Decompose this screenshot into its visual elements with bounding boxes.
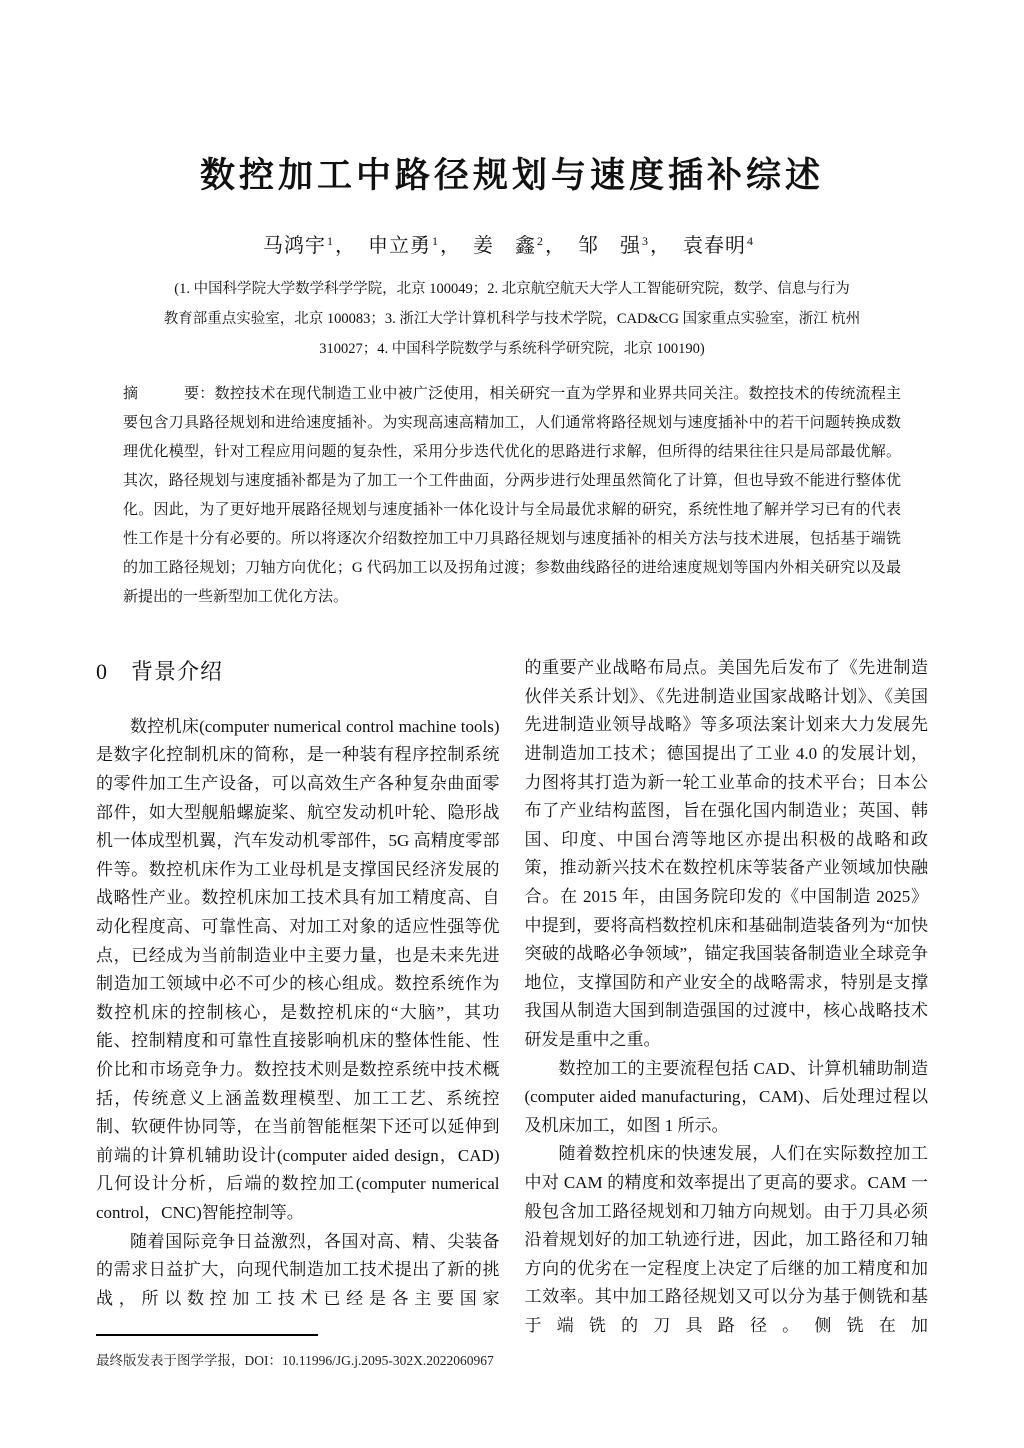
- author-separator: ，: [440, 235, 461, 257]
- author-name: 姜 鑫: [473, 235, 536, 257]
- author-separator: ，: [545, 235, 566, 257]
- affiliation-line: 教育部重点实验室，北京 100083；3. 浙江大学计算机科学与技术学院，CAD…: [96, 304, 928, 334]
- author-separator: ，: [650, 235, 671, 257]
- paragraph: 随着数控机床的快速发展，人们在实际数控加工中对 CAM 的精度和效率提出了更高的…: [525, 1140, 929, 1340]
- affiliation-line: 310027；4. 中国科学院数学与系统科学研究院，北京 100190): [96, 334, 928, 364]
- paragraph: 数控机床(computer numerical control machine …: [96, 713, 500, 1228]
- author: 邹 强3，: [578, 235, 677, 257]
- abstract-label: 摘 要：: [123, 386, 215, 402]
- author-superscript: 4: [747, 234, 753, 248]
- author: 姜 鑫2，: [473, 235, 572, 257]
- paragraph: 的重要产业战略布局点。美国先后发布了《先进制造伙伴关系计划》、《先进制造业国家战…: [525, 654, 929, 1054]
- author-superscript: 1: [432, 234, 438, 248]
- paragraph: 数控加工的主要流程包括 CAD、计算机辅助制造(computer aided m…: [525, 1055, 929, 1141]
- paper-title: 数控加工中路径规划与速度插补综述: [96, 152, 928, 199]
- author-superscript: 2: [537, 234, 543, 248]
- author: 袁春明4: [683, 235, 761, 257]
- section-heading: 0 背景介绍: [96, 658, 500, 687]
- author: 马鸿宇1，: [263, 235, 362, 257]
- author-separator: ，: [335, 235, 356, 257]
- footnote-rule: [96, 1334, 318, 1336]
- author-superscript: 3: [642, 234, 648, 248]
- paragraph: 随着国际竞争日益激烈，各国对高、精、尖装备的需求日益扩大，向现代制造加工技术提出…: [96, 1228, 500, 1314]
- paper-page: 数控加工中路径规划与速度插补综述 马鸿宇1， 申立勇1， 姜 鑫2， 邹 强3，…: [0, 0, 1024, 1448]
- affiliation-line: (1. 中国科学院大学数学科学学院，北京 100049；2. 北京航空航天大学人…: [96, 274, 928, 304]
- footer-note: 最终版发表于图学学报，DOI：10.11996/JG.j.2095-302X.2…: [96, 1349, 494, 1369]
- footer: 最终版发表于图学学报，DOI：10.11996/JG.j.2095-302X.2…: [96, 1334, 494, 1369]
- abstract-block: 摘 要：数控技术在现代制造工业中被广泛使用，相关研究一直为学界和业界共同关注。数…: [96, 380, 928, 612]
- author: 申立勇1，: [368, 235, 467, 257]
- affiliations-block: (1. 中国科学院大学数学科学学院，北京 100049；2. 北京航空航天大学人…: [96, 274, 928, 364]
- authors-line: 马鸿宇1， 申立勇1， 姜 鑫2， 邹 强3， 袁春明4: [96, 229, 928, 258]
- author-name: 申立勇: [368, 235, 431, 257]
- body-column-right: 的重要产业战略布局点。美国先后发布了《先进制造伙伴关系计划》、《先进制造业国家战…: [525, 654, 929, 1340]
- abstract-text: 数控技术在现代制造工业中被广泛使用，相关研究一直为学界和业界共同关注。数控技术的…: [123, 386, 901, 605]
- author-name: 邹 强: [578, 235, 641, 257]
- body-columns: 0 背景介绍 数控机床(computer numerical control m…: [96, 654, 928, 1340]
- body-column-left: 0 背景介绍 数控机床(computer numerical control m…: [96, 654, 500, 1340]
- author-superscript: 1: [327, 234, 333, 248]
- author-name: 马鸿宇: [263, 235, 326, 257]
- author-name: 袁春明: [683, 235, 746, 257]
